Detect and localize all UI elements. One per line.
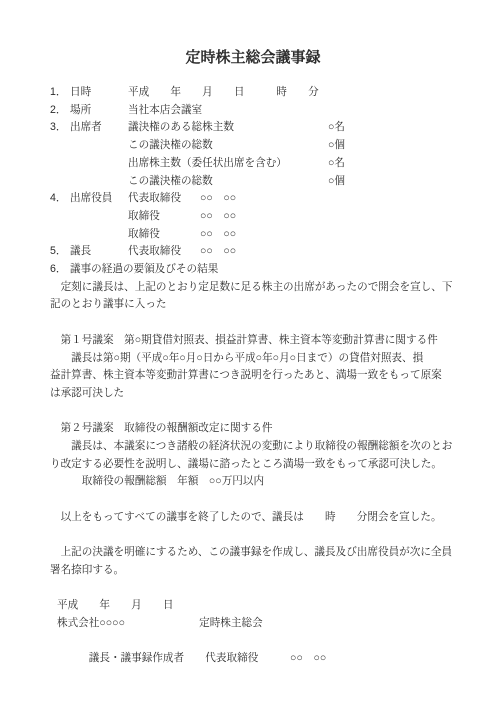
- item-label: 議長: [70, 243, 128, 261]
- opening-paragraph: 定刻に議長は、上記のとおり定足数に足る株主の出席があったので開会を宣し、下 記の…: [50, 279, 456, 314]
- officer-row: 代表取締役 ○○ ○○: [128, 190, 236, 208]
- paragraph-line: 以上をもってすべての議事を終了したので、議長は 時 分閉会を宣した。: [50, 509, 456, 527]
- document-page: 定時株主総会議事録 1． 日時 平成 年 月 日 時 分 2． 場所 当社本店会…: [0, 0, 500, 707]
- attendee-category: この議決権の総数: [128, 137, 328, 155]
- paragraph-line: 議長は、本議案につき諸般の経済状況の変動により取締役の報酬総額を次のとお: [50, 438, 456, 456]
- officer-role: 取締役: [128, 208, 200, 226]
- item-number: 5．: [50, 243, 70, 261]
- item-label-spacer: [70, 155, 128, 173]
- attendee-row: この議決権の総数 ○個: [128, 137, 345, 155]
- closing-paragraph-1: 以上をもってすべての議事を終了したので、議長は 時 分閉会を宣した。: [50, 509, 456, 527]
- paragraph-line: 記のとおり議事に入った: [50, 296, 456, 314]
- attendee-count: ○個: [328, 137, 345, 155]
- proposal-heading: 第２号議案 取締役の報酬額改定に関する件: [50, 420, 456, 438]
- item-label-spacer: [70, 173, 128, 191]
- numbered-list: 1． 日時 平成 年 月 日 時 分 2． 場所 当社本店会議室 3． 出席者 …: [50, 84, 456, 279]
- officer-role: 代表取締役: [128, 243, 200, 261]
- paragraph-line: り改定する必要性を説明し、議場に諮ったところ満場一致をもって承認可決した。: [50, 456, 456, 474]
- item-number-spacer: [50, 155, 70, 173]
- officer-row: 取締役 ○○ ○○: [128, 226, 236, 244]
- closing-paragraph-2: 上記の決議を明確にするため、この議事録を作成し、議長及び出席役員が次に全員 署名…: [50, 544, 456, 579]
- attendee-count: ○名: [328, 119, 345, 137]
- list-item-attendees-row: この議決権の総数 ○個: [50, 173, 456, 191]
- footer-signature: 議長・議事録作成者 代表取締役 ○○ ○○: [57, 650, 456, 668]
- item-content: 当社本店会議室: [128, 102, 202, 120]
- list-item-attendees: 3． 出席者 議決権のある総株主数 ○名: [50, 119, 456, 137]
- item-label-spacer: [70, 208, 128, 226]
- item-number: 6．: [50, 261, 70, 279]
- paragraph-line: 署名捺印する。: [50, 562, 456, 580]
- paragraph-line: は承認可決した: [50, 385, 456, 403]
- list-item-officers-row: 取締役 ○○ ○○: [50, 226, 456, 244]
- attendee-count: ○名: [328, 155, 345, 173]
- list-item-datetime: 1． 日時 平成 年 月 日 時 分: [50, 84, 456, 102]
- attendee-category: 議決権のある総株主数: [128, 119, 328, 137]
- list-item-attendees-row: 出席株主数（委任状出席を含む） ○名: [50, 155, 456, 173]
- list-item-officers-row: 取締役 ○○ ○○: [50, 208, 456, 226]
- proposal-heading: 第１号議案 第○期貸借対照表、損益計算書、株主資本等変動計算書に関する件: [50, 332, 456, 350]
- item-number: 3．: [50, 119, 70, 137]
- officer-name: ○○ ○○: [200, 208, 236, 226]
- paragraph-line: 議長は第○期（平成○年○月○日から平成○年○月○日まで）の貸借対照表、損: [50, 350, 456, 368]
- proposal-2: 第２号議案 取締役の報酬額改定に関する件 議長は、本議案につき諸般の経済状況の変…: [50, 420, 456, 491]
- officer-row: 代表取締役 ○○ ○○: [128, 243, 236, 261]
- item-number-spacer: [50, 137, 70, 155]
- page-title: 定時株主総会議事録: [50, 48, 456, 68]
- attendee-row: 議決権のある総株主数 ○名: [128, 119, 345, 137]
- paragraph-line: 定刻に議長は、上記のとおり定足数に足る株主の出席があったので開会を宣し、下: [50, 279, 456, 297]
- proposal-1: 第１号議案 第○期貸借対照表、損益計算書、株主資本等変動計算書に関する件 議長は…: [50, 332, 456, 403]
- item-label: 議事の経過の要領及びその結果: [70, 261, 218, 279]
- item-label: 出席役員: [70, 190, 128, 208]
- officer-role: 取締役: [128, 226, 200, 244]
- attendee-count: ○個: [328, 173, 345, 191]
- officer-name: ○○ ○○: [200, 243, 236, 261]
- paragraph-line: 益計算書、株主資本等変動計算書につき説明を行ったあと、満場一致をもって原案: [50, 367, 456, 385]
- item-label: 場所: [70, 102, 128, 120]
- list-item-chairman: 5． 議長 代表取締役 ○○ ○○: [50, 243, 456, 261]
- footer-company: 株式会社○○○○ 定時株主総会: [57, 615, 456, 633]
- attendee-row: この議決権の総数 ○個: [128, 173, 345, 191]
- item-number: 4．: [50, 190, 70, 208]
- attendee-category: 出席株主数（委任状出席を含む）: [128, 155, 328, 173]
- item-number-spacer: [50, 208, 70, 226]
- item-label-spacer: [70, 226, 128, 244]
- footer-block: 平成 年 月 日 株式会社○○○○ 定時株主総会 議長・議事録作成者 代表取締役…: [57, 597, 456, 668]
- list-item-officers: 4． 出席役員 代表取締役 ○○ ○○: [50, 190, 456, 208]
- officer-role: 代表取締役: [128, 190, 200, 208]
- officer-row: 取締役 ○○ ○○: [128, 208, 236, 226]
- paragraph-line: 上記の決議を明確にするため、この議事録を作成し、議長及び出席役員が次に全員: [50, 544, 456, 562]
- list-item-attendees-row: この議決権の総数 ○個: [50, 137, 456, 155]
- item-label: 出席者: [70, 119, 128, 137]
- attendee-row: 出席株主数（委任状出席を含む） ○名: [128, 155, 345, 173]
- list-item-place: 2． 場所 当社本店会議室: [50, 102, 456, 120]
- item-number-spacer: [50, 226, 70, 244]
- item-number: 2．: [50, 102, 70, 120]
- list-item-proceedings: 6． 議事の経過の要領及びその結果: [50, 261, 456, 279]
- item-label-spacer: [70, 137, 128, 155]
- item-number: 1．: [50, 84, 70, 102]
- item-label: 日時: [70, 84, 128, 102]
- footer-date: 平成 年 月 日: [57, 597, 456, 615]
- officer-name: ○○ ○○: [200, 190, 236, 208]
- paragraph-line: 取締役の報酬総額 年額 ○○万円以内: [50, 473, 456, 491]
- item-content: 平成 年 月 日 時 分: [128, 84, 319, 102]
- item-number-spacer: [50, 173, 70, 191]
- officer-name: ○○ ○○: [200, 226, 236, 244]
- attendee-category: この議決権の総数: [128, 173, 328, 191]
